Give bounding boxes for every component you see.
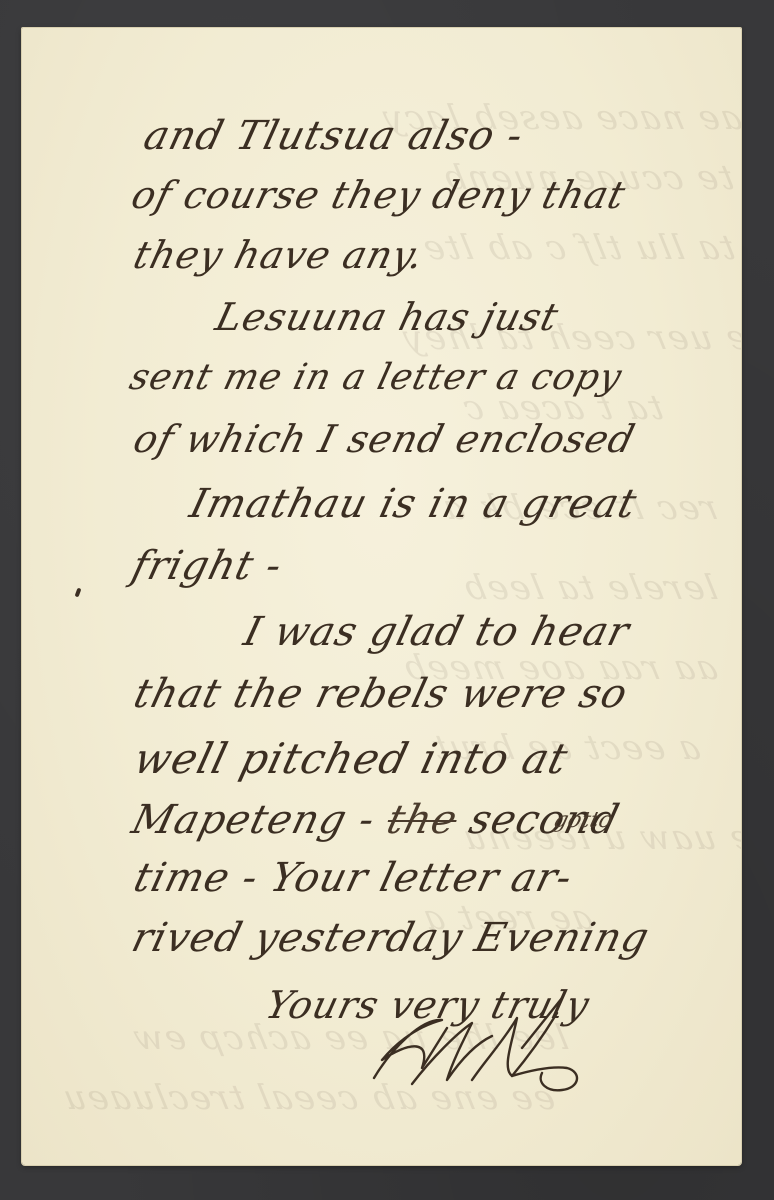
letter-line-4: Lesuuna has just [212, 298, 563, 336]
letter-line-6: of which I send enclosed [130, 420, 639, 458]
letter-line-11: well pitched into at [130, 738, 572, 780]
letter-line-5: sent me in a letter a copy [126, 360, 626, 396]
struck-word: the [382, 797, 462, 843]
letter-line-12: Mapeteng - the second [128, 800, 623, 840]
letter-line-10: that the rebels were so [130, 674, 632, 714]
signature-flourish-icon [352, 988, 592, 1098]
ink-mark [75, 588, 82, 598]
letter-page: wae nace aeseb lacy te ccuae nuenb ta ll… [22, 28, 741, 1165]
letter-line-12-text: Mapeteng - [127, 797, 380, 843]
letter-line-13: time - Your letter ar- [130, 858, 577, 898]
interlinear-insertion: gotto [551, 808, 615, 833]
letter-line-2: of course they deny that [128, 176, 630, 214]
letter-line-9: I was glad to hear [240, 612, 634, 652]
signature: [signature] [352, 988, 592, 1098]
letter-line-7: Imathau is in a great [186, 484, 641, 524]
letter-line-14: rived yesterday Evening [128, 918, 653, 958]
letter-line-8: fright - [128, 546, 286, 586]
letter-line-1: and Tlutsua also - [140, 116, 528, 156]
letter-line-3: they have any. [130, 236, 428, 274]
